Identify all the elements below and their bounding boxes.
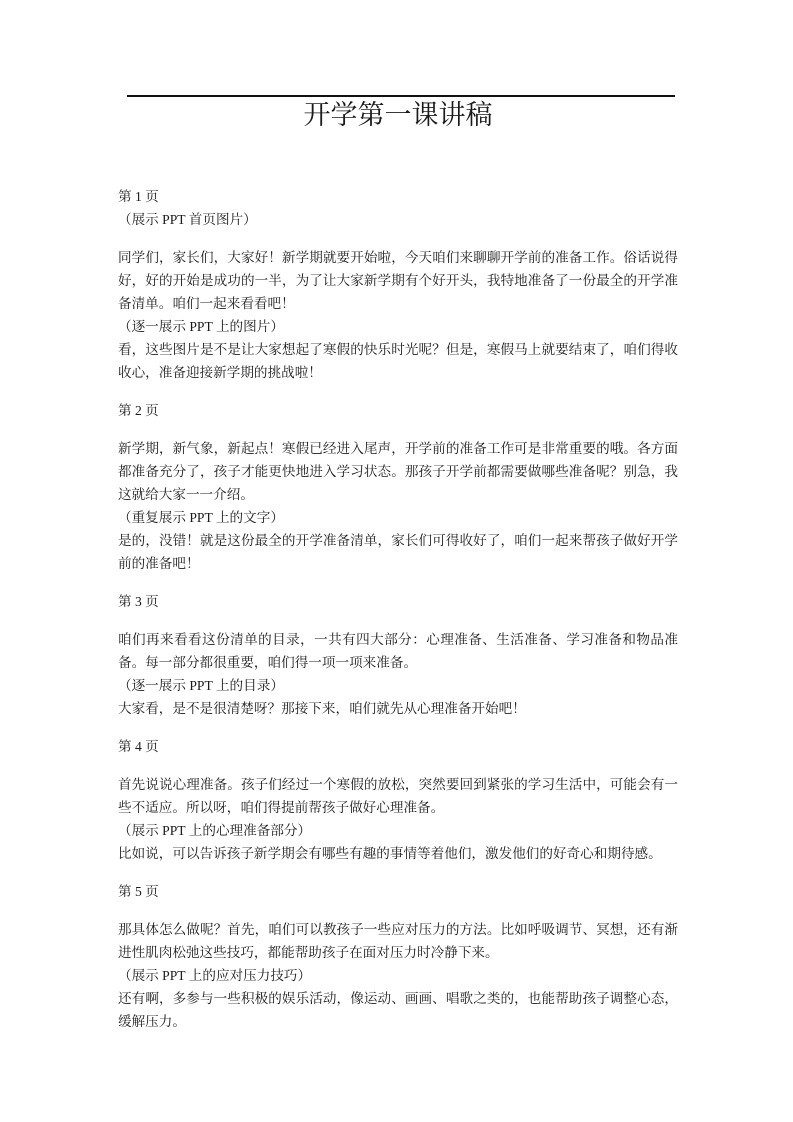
section: 第 2 页新学期，新气象，新起点！寒假已经进入尾声，开学前的准备工作可是非常重要…: [118, 399, 678, 575]
stage-direction: （展示 PPT 上的应对压力技巧）: [118, 964, 678, 987]
section: 第 5 页那具体怎么做呢？首先，咱们可以教孩子一些应对压力的方法。比如呼吸调节、…: [118, 880, 678, 1033]
document-title: 开学第一课讲稿: [118, 99, 678, 132]
sections: 第 1 页（展示 PPT 首页图片）同学们，家长们，大家好！新学期就要开始啦，今…: [118, 185, 678, 1033]
paragraph: 大家看，是不是很清楚呀？那接下来，咱们就先从心理准备开始吧！: [118, 697, 678, 720]
paragraph: 是的，没错！就是这份最全的开学准备清单，家长们可得收好了，咱们一起来帮孩子做好开…: [118, 529, 678, 575]
page-label: 第 3 页: [118, 590, 678, 613]
stage-direction: （展示 PPT 上的心理准备部分）: [118, 819, 678, 842]
paragraph: 首先说说心理准备。孩子们经过一个寒假的放松，突然要回到紧张的学习生活中，可能会有…: [118, 773, 678, 819]
section: 第 3 页咱们再来看看这份清单的目录，一共有四大部分：心理准备、生活准备、学习准…: [118, 590, 678, 720]
document-page: 开学第一课讲稿 第 1 页（展示 PPT 首页图片）同学们，家长们，大家好！新学…: [0, 0, 793, 1122]
paragraph: 那具体怎么做呢？首先，咱们可以教孩子一些应对压力的方法。比如呼吸调节、冥想，还有…: [118, 918, 678, 964]
paragraph: 看，这些图片是不是让大家想起了寒假的快乐时光呢？但是，寒假马上就要结束了，咱们得…: [118, 338, 678, 384]
page-label: 第 5 页: [118, 880, 678, 903]
title-divider-line: [127, 95, 675, 97]
paragraph: 还有啊，多参与一些积极的娱乐活动，像运动、画画、唱歌之类的，也能帮助孩子调整心态…: [118, 987, 678, 1033]
paragraph: 比如说，可以告诉孩子新学期会有哪些有趣的事情等着他们，激发他们的好奇心和期待感。: [118, 842, 678, 865]
page-label: 第 4 页: [118, 735, 678, 758]
section: 第 1 页（展示 PPT 首页图片）同学们，家长们，大家好！新学期就要开始啦，今…: [118, 185, 678, 384]
stage-direction: （逐一展示 PPT 上的目录）: [118, 674, 678, 697]
paragraph: 咱们再来看看这份清单的目录，一共有四大部分：心理准备、生活准备、学习准备和物品准…: [118, 628, 678, 674]
paragraph: 新学期，新气象，新起点！寒假已经进入尾声，开学前的准备工作可是非常重要的哦。各方…: [118, 437, 678, 506]
page-label: 第 1 页: [118, 185, 678, 208]
paragraph: 同学们，家长们，大家好！新学期就要开始啦，今天咱们来聊聊开学前的准备工作。俗话说…: [118, 246, 678, 315]
section: 第 4 页首先说说心理准备。孩子们经过一个寒假的放松，突然要回到紧张的学习生活中…: [118, 735, 678, 865]
page-label: 第 2 页: [118, 399, 678, 422]
stage-direction: （重复展示 PPT 上的文字）: [118, 506, 678, 529]
document-content: 开学第一课讲稿 第 1 页（展示 PPT 首页图片）同学们，家长们，大家好！新学…: [118, 0, 678, 1033]
stage-direction: （逐一展示 PPT 上的图片）: [118, 315, 678, 338]
stage-direction: （展示 PPT 首页图片）: [118, 208, 678, 231]
